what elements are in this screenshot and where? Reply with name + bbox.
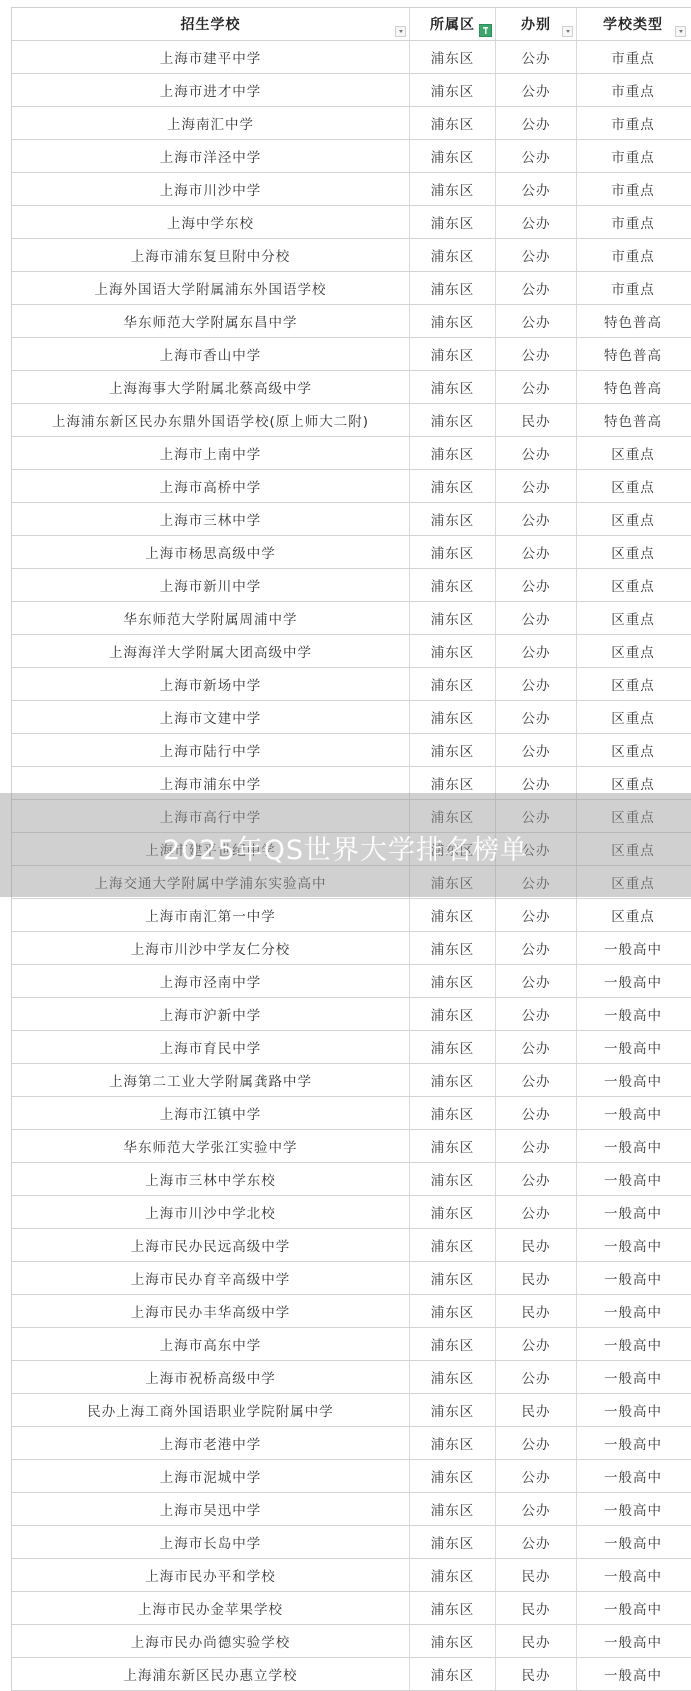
cell-school: 上海市三林中学东校 [12,1163,410,1195]
header-district: 所属区 [410,8,496,40]
cell-district: 浦东区 [410,1328,496,1360]
cell-district: 浦东区 [410,1031,496,1063]
table-body: 上海市建平中学浦东区公办市重点上海市进才中学浦东区公办市重点上海南汇中学浦东区公… [12,41,691,1691]
cell-district: 浦东区 [410,1361,496,1393]
cell-district: 浦东区 [410,206,496,238]
table-row: 上海浦东新区民办东鼎外国语学校(原上师大二附)浦东区民办特色普高 [12,404,691,437]
table-row: 上海市建平中学浦东区公办市重点 [12,41,691,74]
cell-ownership: 公办 [496,932,577,964]
table-row: 上海市泥城中学浦东区公办一般高中 [12,1460,691,1493]
cell-school-type: 一般高中 [577,998,689,1030]
cell-ownership: 公办 [496,899,577,931]
cell-ownership: 公办 [496,866,577,898]
cell-school-type: 特色普高 [577,305,689,337]
header-school: 招生学校 [12,8,410,40]
cell-school-type: 区重点 [577,536,689,568]
table-row: 上海市沪新中学浦东区公办一般高中 [12,998,691,1031]
cell-ownership: 公办 [496,107,577,139]
cell-ownership: 公办 [496,734,577,766]
cell-district: 浦东区 [410,1526,496,1558]
cell-district: 浦东区 [410,1262,496,1294]
cell-ownership: 公办 [496,602,577,634]
cell-ownership: 公办 [496,767,577,799]
cell-district: 浦东区 [410,1394,496,1426]
cell-school-type: 区重点 [577,668,689,700]
cell-school-type: 区重点 [577,734,689,766]
cell-school: 上海南汇中学 [12,107,410,139]
table-row: 上海市建平世纪中学浦东区公办区重点 [12,833,691,866]
cell-school-type: 区重点 [577,569,689,601]
table-row: 民办上海工商外国语职业学院附属中学浦东区民办一般高中 [12,1394,691,1427]
header-school-label: 招生学校 [181,14,241,34]
cell-school: 上海市民办金苹果学校 [12,1592,410,1624]
table-row: 上海市长岛中学浦东区公办一般高中 [12,1526,691,1559]
cell-school-type: 一般高中 [577,1295,689,1327]
cell-district: 浦东区 [410,1196,496,1228]
cell-district: 浦东区 [410,734,496,766]
table-row: 上海外国语大学附属浦东外国语学校浦东区公办市重点 [12,272,691,305]
table-row: 上海市上南中学浦东区公办区重点 [12,437,691,470]
cell-district: 浦东区 [410,41,496,73]
cell-ownership: 公办 [496,800,577,832]
header-ownership: 办别 [496,8,577,40]
cell-district: 浦东区 [410,1658,496,1690]
cell-school: 上海市建平世纪中学 [12,833,410,865]
table-row: 上海市民办尚德实验学校浦东区民办一般高中 [12,1625,691,1658]
cell-school-type: 一般高中 [577,1658,689,1690]
cell-school-type: 市重点 [577,74,689,106]
cell-school: 上海市洋泾中学 [12,140,410,172]
filter-dropdown-icon[interactable] [675,26,686,37]
cell-school: 华东师范大学附属东昌中学 [12,305,410,337]
cell-school: 上海市川沙中学北校 [12,1196,410,1228]
cell-school: 上海市香山中学 [12,338,410,370]
cell-school: 上海市川沙中学友仁分校 [12,932,410,964]
cell-district: 浦东区 [410,833,496,865]
cell-school-type: 一般高中 [577,1130,689,1162]
cell-district: 浦东区 [410,272,496,304]
cell-school-type: 一般高中 [577,1229,689,1261]
cell-school-type: 区重点 [577,767,689,799]
cell-district: 浦东区 [410,239,496,271]
cell-school: 上海市上南中学 [12,437,410,469]
cell-ownership: 公办 [496,1460,577,1492]
table-row: 上海海洋大学附属大团高级中学浦东区公办区重点 [12,635,691,668]
cell-district: 浦东区 [410,1295,496,1327]
cell-school: 上海市新川中学 [12,569,410,601]
table-row: 上海市民办金苹果学校浦东区民办一般高中 [12,1592,691,1625]
cell-school: 上海市新场中学 [12,668,410,700]
cell-district: 浦东区 [410,1625,496,1657]
table-row: 上海市浦东复旦附中分校浦东区公办市重点 [12,239,691,272]
header-school-type-label: 学校类型 [603,14,663,34]
cell-school-type: 一般高中 [577,1097,689,1129]
cell-school-type: 一般高中 [577,1526,689,1558]
filter-dropdown-icon[interactable] [562,26,573,37]
table-row: 上海市民办育辛高级中学浦东区民办一般高中 [12,1262,691,1295]
cell-school-type: 市重点 [577,239,689,271]
cell-ownership: 民办 [496,404,577,436]
table-row: 上海市新场中学浦东区公办区重点 [12,668,691,701]
cell-ownership: 公办 [496,1361,577,1393]
table-row: 上海市陆行中学浦东区公办区重点 [12,734,691,767]
cell-school-type: 市重点 [577,107,689,139]
table-row: 上海市洋泾中学浦东区公办市重点 [12,140,691,173]
cell-school: 上海市泾南中学 [12,965,410,997]
cell-ownership: 公办 [496,371,577,403]
cell-school: 上海市杨思高级中学 [12,536,410,568]
cell-district: 浦东区 [410,569,496,601]
cell-school: 上海市浦东中学 [12,767,410,799]
cell-school: 上海市民办平和学校 [12,1559,410,1591]
cell-school: 上海市川沙中学 [12,173,410,205]
cell-school: 上海市吴迅中学 [12,1493,410,1525]
cell-ownership: 公办 [496,1097,577,1129]
table-row: 上海市吴迅中学浦东区公办一般高中 [12,1493,691,1526]
cell-school: 上海浦东新区民办东鼎外国语学校(原上师大二附) [12,404,410,436]
cell-ownership: 民办 [496,1262,577,1294]
table-row: 上海市高桥中学浦东区公办区重点 [12,470,691,503]
table-row: 上海市新川中学浦东区公办区重点 [12,569,691,602]
cell-school: 上海海事大学附属北蔡高级中学 [12,371,410,403]
cell-district: 浦东区 [410,107,496,139]
cell-school-type: 一般高中 [577,1196,689,1228]
table-row: 华东师范大学附属东昌中学浦东区公办特色普高 [12,305,691,338]
cell-ownership: 公办 [496,1064,577,1096]
cell-district: 浦东区 [410,998,496,1030]
cell-ownership: 民办 [496,1658,577,1690]
cell-district: 浦东区 [410,1559,496,1591]
header-ownership-label: 办别 [521,14,551,34]
cell-ownership: 公办 [496,998,577,1030]
cell-ownership: 公办 [496,338,577,370]
cell-district: 浦东区 [410,140,496,172]
cell-ownership: 公办 [496,1031,577,1063]
table-row: 上海市南汇第一中学浦东区公办区重点 [12,899,691,932]
table-row: 上海市泾南中学浦东区公办一般高中 [12,965,691,998]
table-row: 上海市育民中学浦东区公办一般高中 [12,1031,691,1064]
cell-school: 上海市文建中学 [12,701,410,733]
cell-district: 浦东区 [410,173,496,205]
cell-school-type: 区重点 [577,437,689,469]
table-row: 上海海事大学附属北蔡高级中学浦东区公办特色普高 [12,371,691,404]
cell-ownership: 民办 [496,1625,577,1657]
cell-ownership: 民办 [496,1229,577,1261]
cell-ownership: 公办 [496,1163,577,1195]
cell-school: 上海外国语大学附属浦东外国语学校 [12,272,410,304]
table-row: 上海市文建中学浦东区公办区重点 [12,701,691,734]
cell-ownership: 公办 [496,272,577,304]
table-row: 上海市高行中学浦东区公办区重点 [12,800,691,833]
cell-ownership: 公办 [496,437,577,469]
cell-school-type: 区重点 [577,503,689,535]
cell-school: 上海市三林中学 [12,503,410,535]
filter-active-icon[interactable] [479,24,492,37]
cell-school-type: 一般高中 [577,1394,689,1426]
table-row: 上海市川沙中学友仁分校浦东区公办一般高中 [12,932,691,965]
cell-school: 上海中学东校 [12,206,410,238]
cell-ownership: 公办 [496,239,577,271]
cell-school-type: 一般高中 [577,1559,689,1591]
cell-school-type: 一般高中 [577,1625,689,1657]
cell-school-type: 一般高中 [577,1460,689,1492]
table-row: 上海市杨思高级中学浦东区公办区重点 [12,536,691,569]
cell-district: 浦东区 [410,338,496,370]
table-row: 上海南汇中学浦东区公办市重点 [12,107,691,140]
cell-ownership: 公办 [496,1196,577,1228]
cell-school-type: 市重点 [577,173,689,205]
cell-school-type: 区重点 [577,866,689,898]
cell-ownership: 公办 [496,701,577,733]
cell-district: 浦东区 [410,404,496,436]
cell-school: 上海市江镇中学 [12,1097,410,1129]
cell-school-type: 区重点 [577,470,689,502]
cell-school: 上海市进才中学 [12,74,410,106]
table-row: 上海市进才中学浦东区公办市重点 [12,74,691,107]
cell-ownership: 公办 [496,74,577,106]
cell-district: 浦东区 [410,470,496,502]
table-row: 上海市民办平和学校浦东区民办一般高中 [12,1559,691,1592]
cell-school-type: 市重点 [577,272,689,304]
cell-school-type: 区重点 [577,899,689,931]
table-row: 上海中学东校浦东区公办市重点 [12,206,691,239]
table-row: 上海市三林中学东校浦东区公办一般高中 [12,1163,691,1196]
cell-school: 上海市高东中学 [12,1328,410,1360]
table-row: 上海市祝桥高级中学浦东区公办一般高中 [12,1361,691,1394]
cell-school: 上海交通大学附属中学浦东实验高中 [12,866,410,898]
cell-ownership: 民办 [496,1394,577,1426]
cell-ownership: 公办 [496,965,577,997]
cell-district: 浦东区 [410,767,496,799]
table-row: 上海市民办民远高级中学浦东区民办一般高中 [12,1229,691,1262]
cell-district: 浦东区 [410,74,496,106]
cell-district: 浦东区 [410,503,496,535]
school-table: 招生学校 所属区 办别 学校类型 上海市建平中学浦东区公办市重点上海市进才中学浦… [11,7,691,1691]
cell-ownership: 民办 [496,1592,577,1624]
table-header-row: 招生学校 所属区 办别 学校类型 [12,8,691,41]
cell-district: 浦东区 [410,371,496,403]
cell-school: 上海市高行中学 [12,800,410,832]
cell-school: 上海海洋大学附属大团高级中学 [12,635,410,667]
cell-district: 浦东区 [410,305,496,337]
cell-school: 上海市南汇第一中学 [12,899,410,931]
cell-school: 上海浦东新区民办惠立学校 [12,1658,410,1690]
header-district-label: 所属区 [430,14,475,34]
cell-school-type: 一般高中 [577,1163,689,1195]
cell-district: 浦东区 [410,1163,496,1195]
cell-school: 上海市泥城中学 [12,1460,410,1492]
table-row: 上海市民办丰华高级中学浦东区民办一般高中 [12,1295,691,1328]
cell-district: 浦东区 [410,701,496,733]
cell-district: 浦东区 [410,965,496,997]
cell-ownership: 公办 [496,635,577,667]
cell-school: 上海市陆行中学 [12,734,410,766]
table-row: 上海市川沙中学浦东区公办市重点 [12,173,691,206]
table-row: 上海市老港中学浦东区公办一般高中 [12,1427,691,1460]
cell-school: 上海市民办丰华高级中学 [12,1295,410,1327]
cell-school-type: 市重点 [577,41,689,73]
cell-district: 浦东区 [410,536,496,568]
cell-school-type: 市重点 [577,206,689,238]
cell-district: 浦东区 [410,668,496,700]
cell-district: 浦东区 [410,1460,496,1492]
cell-district: 浦东区 [410,899,496,931]
cell-school: 民办上海工商外国语职业学院附属中学 [12,1394,410,1426]
cell-district: 浦东区 [410,1427,496,1459]
cell-ownership: 公办 [496,1328,577,1360]
cell-school-type: 一般高中 [577,932,689,964]
cell-school-type: 一般高中 [577,1592,689,1624]
cell-ownership: 公办 [496,305,577,337]
table-row: 上海市浦东中学浦东区公办区重点 [12,767,691,800]
table-row: 上海浦东新区民办惠立学校浦东区民办一般高中 [12,1658,691,1691]
cell-school-type: 区重点 [577,635,689,667]
cell-ownership: 公办 [496,1526,577,1558]
cell-school: 上海市沪新中学 [12,998,410,1030]
cell-school-type: 一般高中 [577,1493,689,1525]
cell-ownership: 公办 [496,536,577,568]
cell-school-type: 一般高中 [577,1427,689,1459]
cell-ownership: 公办 [496,1493,577,1525]
table-row: 上海市高东中学浦东区公办一般高中 [12,1328,691,1361]
cell-ownership: 公办 [496,173,577,205]
cell-ownership: 公办 [496,503,577,535]
cell-school: 华东师范大学附属周浦中学 [12,602,410,634]
header-school-type: 学校类型 [577,8,689,40]
cell-school: 上海市民办育辛高级中学 [12,1262,410,1294]
cell-school-type: 一般高中 [577,1328,689,1360]
cell-ownership: 民办 [496,1295,577,1327]
cell-district: 浦东区 [410,1097,496,1129]
table-row: 上海市三林中学浦东区公办区重点 [12,503,691,536]
table-row: 上海市川沙中学北校浦东区公办一般高中 [12,1196,691,1229]
cell-school: 上海市民办尚德实验学校 [12,1625,410,1657]
cell-ownership: 民办 [496,1559,577,1591]
table-row: 华东师范大学张江实验中学浦东区公办一般高中 [12,1130,691,1163]
table-row: 上海交通大学附属中学浦东实验高中浦东区公办区重点 [12,866,691,899]
cell-district: 浦东区 [410,1229,496,1261]
cell-school-type: 区重点 [577,800,689,832]
cell-school: 上海市长岛中学 [12,1526,410,1558]
cell-ownership: 公办 [496,569,577,601]
cell-ownership: 公办 [496,206,577,238]
cell-district: 浦东区 [410,866,496,898]
cell-ownership: 公办 [496,470,577,502]
cell-school: 上海市育民中学 [12,1031,410,1063]
cell-school-type: 一般高中 [577,1262,689,1294]
cell-school-type: 一般高中 [577,1031,689,1063]
cell-ownership: 公办 [496,41,577,73]
cell-school-type: 特色普高 [577,338,689,370]
cell-district: 浦东区 [410,800,496,832]
cell-school-type: 一般高中 [577,965,689,997]
cell-school-type: 区重点 [577,701,689,733]
cell-school-type: 市重点 [577,140,689,172]
cell-ownership: 公办 [496,140,577,172]
cell-school-type: 特色普高 [577,371,689,403]
cell-school-type: 一般高中 [577,1064,689,1096]
cell-school: 上海市浦东复旦附中分校 [12,239,410,271]
cell-district: 浦东区 [410,635,496,667]
cell-school-type: 区重点 [577,602,689,634]
table-row: 上海市香山中学浦东区公办特色普高 [12,338,691,371]
cell-school-type: 特色普高 [577,404,689,436]
cell-school: 上海市老港中学 [12,1427,410,1459]
cell-district: 浦东区 [410,1493,496,1525]
cell-school-type: 区重点 [577,833,689,865]
table-row: 上海第二工业大学附属龚路中学浦东区公办一般高中 [12,1064,691,1097]
filter-dropdown-icon[interactable] [395,26,406,37]
cell-ownership: 公办 [496,1130,577,1162]
cell-district: 浦东区 [410,1064,496,1096]
cell-ownership: 公办 [496,668,577,700]
cell-school: 华东师范大学张江实验中学 [12,1130,410,1162]
cell-school-type: 一般高中 [577,1361,689,1393]
cell-school: 上海第二工业大学附属龚路中学 [12,1064,410,1096]
cell-school: 上海市民办民远高级中学 [12,1229,410,1261]
cell-school: 上海市高桥中学 [12,470,410,502]
cell-ownership: 公办 [496,833,577,865]
cell-district: 浦东区 [410,1592,496,1624]
cell-school: 上海市祝桥高级中学 [12,1361,410,1393]
cell-district: 浦东区 [410,437,496,469]
table-row: 上海市江镇中学浦东区公办一般高中 [12,1097,691,1130]
cell-ownership: 公办 [496,1427,577,1459]
cell-school: 上海市建平中学 [12,41,410,73]
cell-district: 浦东区 [410,1130,496,1162]
table-row: 华东师范大学附属周浦中学浦东区公办区重点 [12,602,691,635]
cell-district: 浦东区 [410,602,496,634]
cell-district: 浦东区 [410,932,496,964]
